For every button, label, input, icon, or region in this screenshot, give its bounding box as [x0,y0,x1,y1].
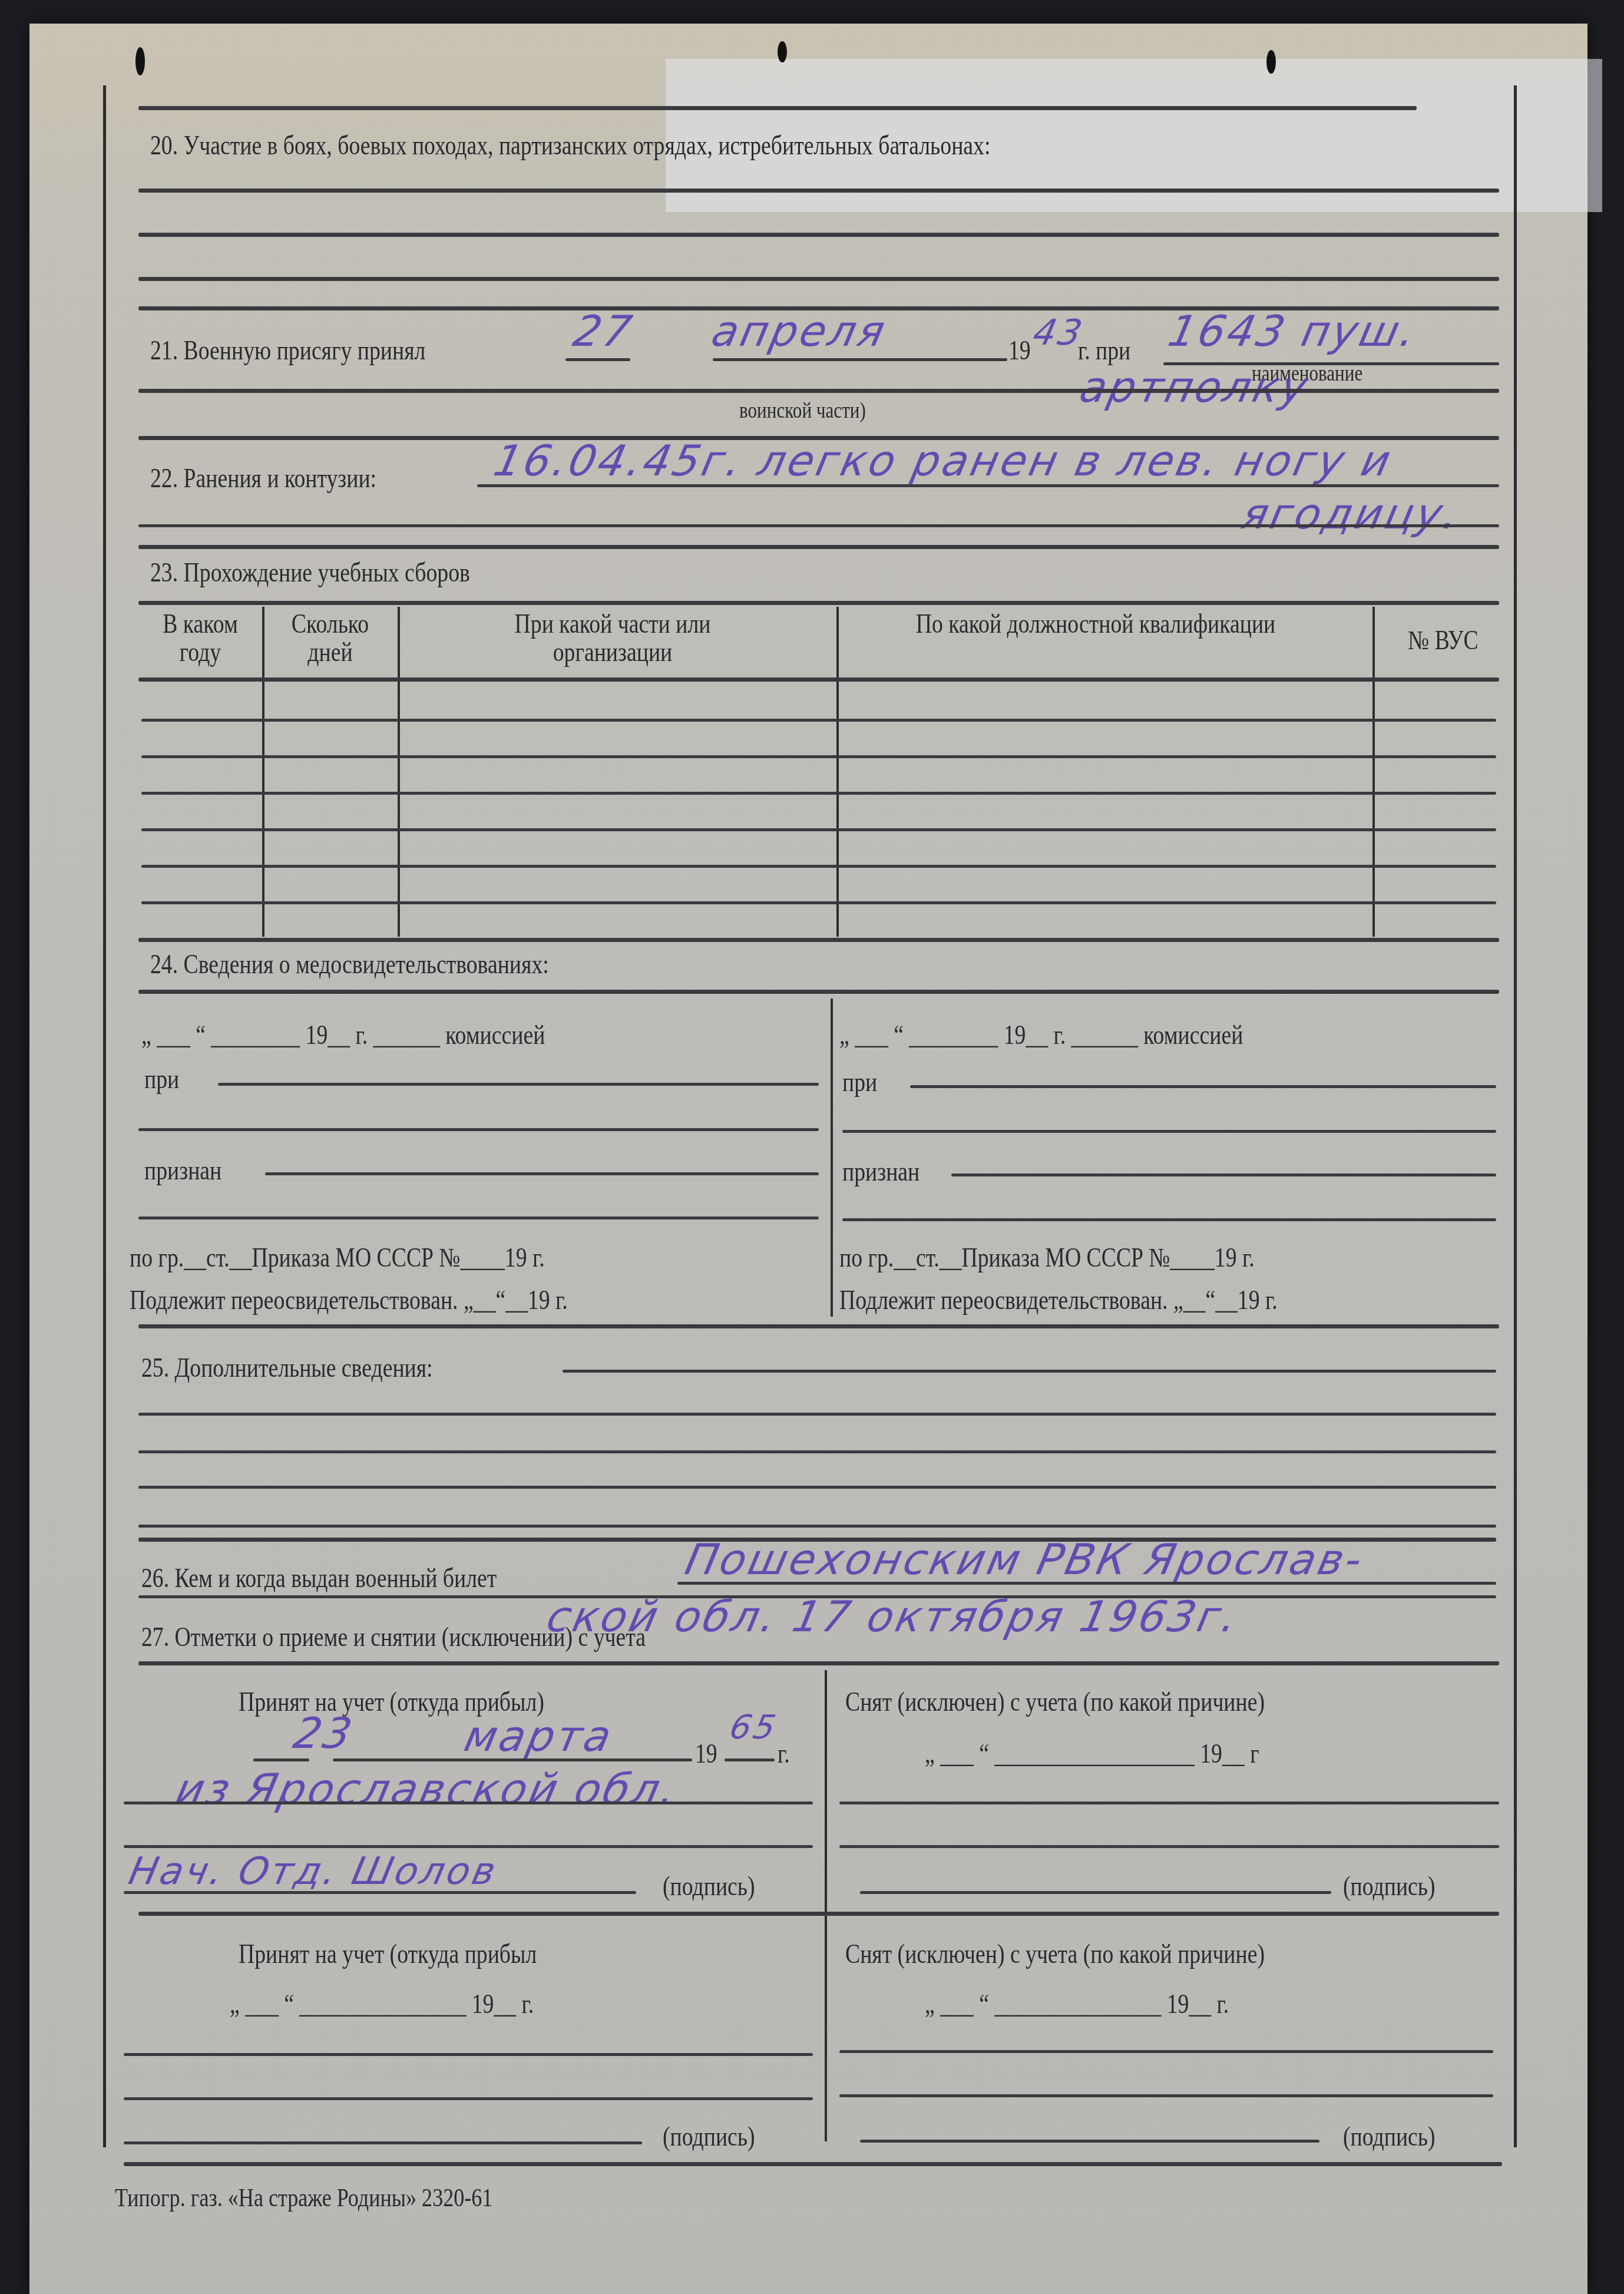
medical-order-left: по гр.__ст.__Приказа МО СССР №____19 г. [130,1242,545,1273]
signature-line [124,1891,636,1894]
col-divider [262,607,264,937]
table-row [141,901,1496,904]
bottom-rule [124,2162,1502,2166]
section-24-label: 24. Сведения о медосвидетельствованиях: [150,948,549,980]
line [124,2053,813,2056]
line [138,1912,1499,1916]
medical-reexam-left: Подлежит переосвидетельствован. „__“__19… [130,1284,568,1315]
col-divider [1372,607,1375,937]
signature-caption: (подпись) [1343,1870,1436,1902]
signature-caption: (подпись) [1343,2121,1436,2152]
accepted-month-1: марта [460,1711,618,1761]
col-divider [831,999,833,1317]
signature-line [860,1891,1331,1894]
medical-order-right: по гр.__ст.__Приказа МО СССР №____19 г. [839,1242,1255,1273]
section-21-label: 21. Военную присягу принял [150,335,425,366]
line [138,277,1499,281]
line [138,524,1499,527]
line [839,1802,1499,1804]
accepted-year-1: 65 [726,1708,781,1747]
line [253,1758,309,1761]
section-27-label: 27. Отметки о приеме и снятии (исключени… [141,1621,646,1652]
accepted-from-1: из Ярославской обл. [171,1764,683,1814]
medical-date-line-left: „ ___ “ ________ 19__ г. ______ комиссие… [141,1019,545,1050]
line [333,1758,692,1761]
line [138,1525,1496,1528]
section-20-label: 20. Участие в боях, боевых походах, парт… [150,130,990,161]
line [839,2094,1493,2097]
medical-pri-left: при [144,1063,179,1095]
medical-reexam-right: Подлежит переосвидетельствован. „__“__19… [839,1284,1278,1315]
line [138,1661,1499,1665]
printer-imprint: Типогр. газ. «На страже Родины» 2320-61 [115,2183,492,2213]
line [138,233,1499,237]
line [565,358,630,361]
military-id-issuer-line1: Пошехонским РВК Ярослав- [681,1535,1369,1584]
table-row [141,755,1496,758]
oath-day: 27 [569,306,638,356]
line [218,1083,819,1086]
accepted-day-1: 23 [289,1708,358,1758]
oath-unit-line2: артполку [1076,362,1314,412]
year-prefix: 19 [695,1738,717,1769]
medical-pri-right: при [842,1066,877,1098]
line [138,1217,819,1219]
line [842,1218,1496,1221]
wounds-line1: 16.04.45г. легко ранен в лев. ногу и [489,436,1397,485]
military-id-issuer-line2: ской обл. 17 октября 1963г. [543,1592,1243,1641]
medical-date-line-right: „ ___ “ ________ 19__ г. ______ комиссие… [839,1019,1243,1050]
accepted-signature-1: Нач. Отд. Шолов [125,1850,502,1893]
line [138,389,1499,393]
removed-title-1: Снят (исключен) с учета (по какой причин… [845,1686,1265,1717]
line [951,1174,1496,1176]
signature-line [860,2140,1319,2143]
g-pri-text: г. при [1078,335,1130,366]
punch-hole [1266,50,1276,74]
line [839,1845,1499,1848]
line [138,1413,1496,1416]
signature-caption: (подпись) [663,2121,755,2152]
line [677,1582,1496,1585]
section-25-label: 25. Дополнительные сведения: [141,1352,433,1383]
medical-priznan-left: признан [144,1155,221,1186]
line [842,1130,1496,1133]
signature-caption: (подпись) [663,1870,755,1902]
oath-month: апреля [707,306,891,356]
line [138,990,1499,994]
removed-date-2: „ ___ “ _______________ 19__ г. [925,1988,1229,2019]
line [477,484,1499,487]
col-header-vus: № ВУС [1395,624,1491,656]
line [124,1845,813,1848]
line [138,677,1499,682]
removed-title-2: Снят (исключен) с учета (по какой причин… [845,1938,1265,1969]
line [138,189,1499,193]
accepted-title-2: Принят на учет (откуда прибыл [239,1938,537,1969]
table-row [141,719,1496,722]
col-header-unit: При какой части или организации [463,610,762,666]
punch-hole [135,47,145,75]
col-header-days: Сколько дней [276,610,385,666]
line [138,545,1499,549]
oath-unit-line1: 1643 пуш. [1164,306,1422,356]
line [138,1450,1496,1453]
line [124,2097,813,2100]
removed-date-1: „ ___ “ __________________ 19__ г [925,1738,1259,1769]
line [138,938,1499,942]
line [124,1802,813,1804]
medical-priznan-right: признан [842,1156,920,1187]
table-row [141,828,1496,831]
table-row [141,865,1496,868]
line [563,1370,1496,1373]
section-26-label: 26. Кем и когда выдан военный билет [141,1562,497,1594]
line [138,1128,819,1131]
accepted-date-2: „ ___ “ _______________ 19__ г. [230,1988,534,2019]
col-divider [398,607,400,937]
section-22-label: 22. Ранения и контузии: [150,462,376,494]
year-g: г. [778,1738,790,1769]
col-divider [836,607,839,937]
line [713,358,1007,361]
table-row [141,792,1496,795]
year-prefix: 19 [1008,335,1031,366]
line [138,1486,1496,1489]
line [839,2050,1493,2053]
line [138,601,1499,605]
col-divider [825,1670,827,2141]
caption-voinskoy-chasti: воинской части) [739,398,866,424]
signature-line [124,2141,642,2144]
line [138,1324,1499,1328]
section-23-label: 23. Прохождение учебных сборов [150,557,470,588]
wounds-line2: ягодицу. [1238,489,1465,538]
line [910,1085,1496,1088]
line [265,1172,819,1175]
punch-hole [778,41,787,62]
col-header-year: В каком году [150,610,251,666]
col-header-qualification: По какой должностной квалификации [912,610,1279,638]
line [725,1758,775,1761]
